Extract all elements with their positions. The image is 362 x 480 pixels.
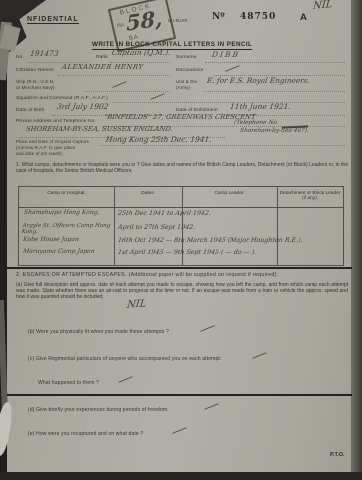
rank-value: Captain (Q.M.). bbox=[111, 48, 171, 57]
surname-value: DIBB bbox=[211, 50, 240, 59]
serial-number: 48750 bbox=[240, 12, 276, 22]
ref-code: M.I.9/JAP. bbox=[168, 18, 188, 24]
table-row-camp: Shamshuipo Hong Kong, bbox=[24, 210, 100, 216]
section-divider-line bbox=[7, 394, 352, 396]
phone-line1: (Telephone No. bbox=[234, 120, 279, 126]
date-of-birth-value: 3rd July 1902 bbox=[56, 102, 109, 111]
table-row-details: April to 27th Sept 1942. bbox=[118, 224, 196, 231]
item-c2-text: What happened to them ? bbox=[38, 381, 99, 387]
table-row-details: 1st April 1945 — 9th Sept 1945 ( — do — … bbox=[118, 249, 257, 256]
christian-names-value: ALEXANDER HENRY bbox=[61, 63, 143, 71]
no-value: 191473 bbox=[29, 49, 59, 58]
scanned-pow-questionnaire: NIL NFIDENTIAL BLOCK No. BA 58, M.I.9/JA… bbox=[0, 0, 362, 480]
item-b-text: (b) Were you physically fit when you mad… bbox=[28, 330, 169, 336]
col-header-detachment-leader: Detachment or Block Leader (if any). bbox=[279, 191, 341, 202]
unit-label-line1: Unit & Div. bbox=[176, 79, 198, 85]
address-label: Private Address and Telephone No. bbox=[16, 119, 96, 125]
bottom-page-edge bbox=[0, 472, 362, 480]
camps-table: Camp or Hospital. Dates. Camp Leader. De… bbox=[18, 186, 344, 266]
section-divider-line bbox=[7, 267, 352, 269]
christian-names-label: Christian Names bbox=[16, 68, 54, 74]
confidential-heading: NFIDENTIAL bbox=[27, 16, 79, 24]
table-row-camp: Maruyama Camp Japan bbox=[23, 249, 95, 255]
capture-label-line1: Place and Date of Original Capture bbox=[16, 139, 89, 145]
item-a-text: (a) Give full description and approx. da… bbox=[16, 282, 348, 301]
capture-label-line3: and date of a/c crash). bbox=[16, 151, 63, 157]
table-row-details: 16th Oct 1942 — 8th March 1945 (Major Ho… bbox=[118, 237, 304, 244]
capture-value: Hong Kong 25th Dec. 1941. bbox=[105, 135, 212, 144]
section-2-heading: 2. ESCAPES OR ATTEMPTED ESCAPES. (Additi… bbox=[16, 273, 278, 279]
capture-label-line2: (Aircrew R.A.F. to give place bbox=[16, 145, 76, 151]
unit-label-line2: (Army) bbox=[176, 85, 190, 91]
enlistment-value: 11th June 1921. bbox=[229, 102, 291, 111]
phone-line2: Shoreham-by-Sea 467). bbox=[240, 128, 310, 134]
decorations-label: Decorations bbox=[176, 68, 203, 74]
address-value: "BINFIELDS" 27, GREENWAYS CRESCENT bbox=[103, 113, 256, 121]
handwritten-nil-answer: NIL bbox=[126, 298, 147, 310]
pto-footer: P.T.O. bbox=[330, 452, 345, 458]
rank-label: Rank bbox=[96, 55, 108, 61]
col-header-dates: Dates. bbox=[114, 191, 182, 196]
item-e-text: (e) How were you recaptured and on what … bbox=[28, 432, 143, 438]
table-row-camp: Kobe House Japan bbox=[23, 237, 80, 243]
ship-label-line1: Ship (R.N., U.S.N. bbox=[16, 79, 54, 85]
ship-label-line2: or Merchant Navy) bbox=[16, 85, 55, 91]
date-of-birth-label: Date of Birth bbox=[16, 108, 45, 114]
surname-label: Surname bbox=[176, 55, 197, 61]
address-line2-value: SHOREHAM-BY-SEA, SUSSEX ENGLAND. bbox=[25, 125, 173, 133]
serial-suffix: A bbox=[300, 12, 307, 23]
serial-no-label: Nº bbox=[212, 12, 225, 22]
squadron-label: Squadron and Command (R.A.F., A.A.F.) bbox=[16, 96, 108, 102]
handwritten-nil-top: NIL bbox=[313, 0, 333, 12]
col-header-camp-leader: Camp Leader. bbox=[182, 191, 277, 196]
item-d-text: (d) Give briefly your experiences during… bbox=[28, 408, 169, 414]
no-label: No. bbox=[16, 55, 24, 61]
unit-value: E. for E.S. Royal Engineers. bbox=[206, 76, 310, 85]
table-row-details: 25th Dec 1941 to April 1942. bbox=[118, 210, 212, 217]
col-header-camp: Camp or Hospital. bbox=[19, 191, 114, 196]
right-page-edge bbox=[351, 0, 362, 480]
item-c-text: (c) Give Regimental particulars of anyon… bbox=[28, 357, 221, 363]
stamp-no-text: No. bbox=[116, 22, 126, 30]
table-row-camp: Argyle St. Officers Camp Hong Kong, bbox=[21, 223, 115, 236]
handwritten-block-number: 58, bbox=[126, 5, 163, 35]
question-1-text: 1. What camps, detachments or hospitals … bbox=[16, 162, 348, 174]
